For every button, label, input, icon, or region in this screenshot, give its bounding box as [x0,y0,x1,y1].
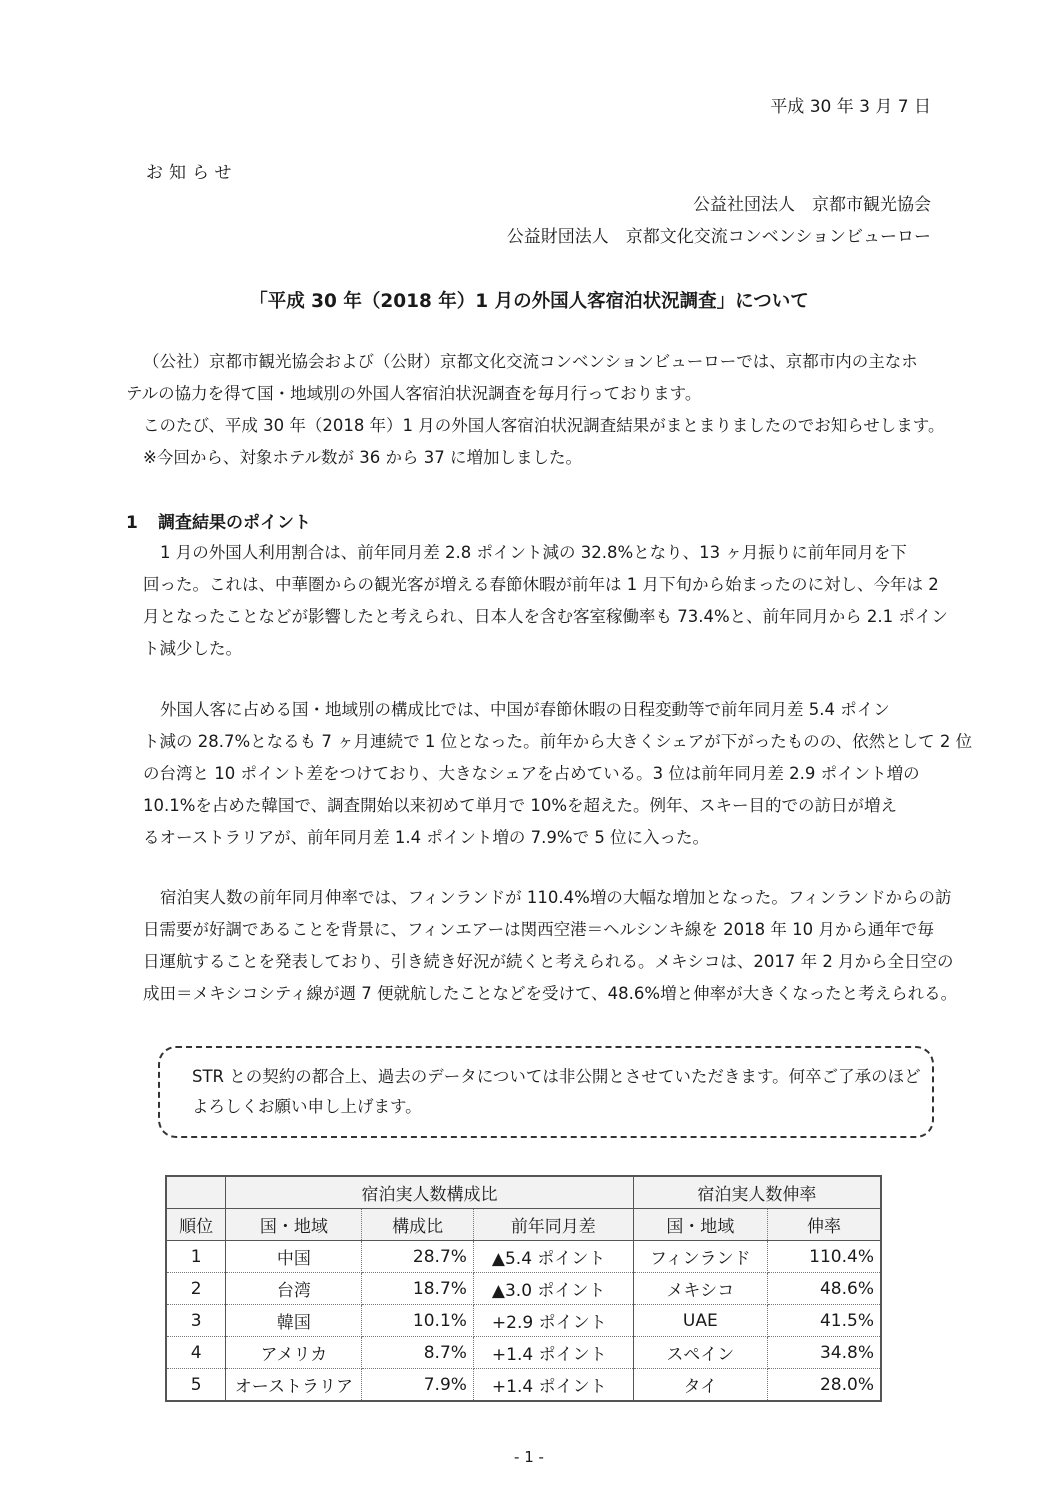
section-title: 調査結果のポイント [158,513,311,533]
country-cell: 中国 [226,1241,362,1273]
paragraph-line: 成田＝メキシコシティ線が週 7 便就航したことなどを受けて、48.6%増と伸率が… [126,978,941,1010]
rank-cell: 3 [166,1305,226,1337]
rank-cell: 2 [166,1273,226,1305]
data-disclosure-notice-box: STR との契約の都合上、過去のデータについては非公開とさせていただきます。何卒… [158,1046,934,1138]
diff-cell: +2.9 ポイント [473,1305,633,1337]
column-header-growth-rate: 伸率 [767,1209,881,1241]
notice-label: お知らせ [146,158,238,183]
share-cell: 18.7% [362,1273,474,1305]
share-cell: 8.7% [362,1337,474,1369]
growth-country-cell: スペイン [633,1337,767,1369]
group-header-growth: 宿泊実人数伸率 [633,1176,881,1209]
share-cell: 7.9% [362,1369,474,1402]
growth-rate-cell: 28.0% [767,1369,881,1402]
organization-tourism-association: 公益社団法人 京都市観光協会 [693,190,931,215]
country-cell: オーストラリア [226,1369,362,1402]
paragraph-line: 日需要が好調であることを背景に、フィンエアーは関西空港＝ヘルシンキ線を 2018… [126,914,941,946]
share-cell: 10.1% [362,1305,474,1337]
diff-cell: ▲5.4 ポイント [473,1241,633,1273]
growth-country-cell: UAE [633,1305,767,1337]
growth-country-cell: タイ [633,1369,767,1402]
growth-rate-cell: 34.8% [767,1337,881,1369]
column-header-country: 国・地域 [226,1209,362,1241]
column-header-share: 構成比 [362,1209,474,1241]
organization-convention-bureau: 公益財団法人 京都文化交流コンベンションビューロー [507,222,931,247]
rank-cell: 4 [166,1337,226,1369]
growth-rate-cell: 110.4% [767,1241,881,1273]
table-row: 4 アメリカ 8.7% +1.4 ポイント スペイン 34.8% [166,1337,881,1369]
share-cell: 28.7% [362,1241,474,1273]
table-row: 1 中国 28.7% ▲5.4 ポイント フィンランド 110.4% [166,1241,881,1273]
notice-line: STR との契約の都合上、過去のデータについては非公開とさせていただきます。何卒… [192,1062,921,1092]
section-number: 1 [126,513,158,533]
table-row: 3 韓国 10.1% +2.9 ポイント UAE 41.5% [166,1305,881,1337]
group-header-share: 宿泊実人数構成比 [226,1176,633,1209]
table-row: 2 台湾 18.7% ▲3.0 ポイント メキシコ 48.6% [166,1273,881,1305]
diff-cell: ▲3.0 ポイント [473,1273,633,1305]
intro-line: テルの協力を得て国・地域別の外国人客宿泊状況調査を毎月行っております。 [126,378,946,410]
paragraph-line: 回った。これは、中華圏からの観光客が増える春節休暇が前年は 1 月下旬から始まっ… [126,569,941,601]
table-group-header-row: 宿泊実人数構成比 宿泊実人数伸率 [166,1176,881,1209]
paragraph-line: 1 月の外国人利用割合は、前年同月差 2.8 ポイント減の 32.8%となり、1… [126,537,941,569]
column-header-diff: 前年同月差 [473,1209,633,1241]
paragraph-line: ト減の 28.7%となるも 7 ヶ月連続で 1 位となった。前年から大きくシェア… [126,726,941,758]
rank-cell: 5 [166,1369,226,1402]
paragraph-line: 日運航することを発表しており、引き続き好況が続くと考えられる。メキシコは、201… [126,946,941,978]
section-paragraph-occupancy: 1 月の外国人利用割合は、前年同月差 2.8 ポイント減の 32.8%となり、1… [126,537,941,665]
growth-rate-cell: 41.5% [767,1305,881,1337]
table-column-header-row: 順位 国・地域 構成比 前年同月差 国・地域 伸率 [166,1209,881,1241]
intro-paragraph: （公社）京都市観光協会および（公財）京都文化交流コンベンションビューローでは、京… [126,346,946,474]
document-date: 平成 30 年 3 月 7 日 [770,92,931,117]
page-number: - 1 - [0,1448,1058,1466]
ranking-table: 宿泊実人数構成比 宿泊実人数伸率 順位 国・地域 構成比 前年同月差 国・地域 … [165,1175,882,1402]
paragraph-line: 10.1%を占めた韓国で、調査開始以来初めて単月で 10%を超えた。例年、スキー… [126,790,941,822]
paragraph-line: 月となったことなどが影響したと考えられ、日本人を含む客室稼働率も 73.4%と、… [126,601,941,633]
paragraph-line: るオーストラリアが、前年同月差 1.4 ポイント増の 7.9%で 5 位に入った… [126,822,941,854]
paragraph-line: 外国人客に占める国・地域別の構成比では、中国が春節休暇の日程変動等で前年同月差 … [126,694,941,726]
table-row: 5 オーストラリア 7.9% +1.4 ポイント タイ 28.0% [166,1369,881,1402]
intro-line: （公社）京都市観光協会および（公財）京都文化交流コンベンションビューローでは、京… [126,346,946,378]
section-paragraph-growth: 宿泊実人数の前年同月伸率では、フィンランドが 110.4%増の大幅な増加となった… [126,882,941,1010]
intro-note: ※今回から、対象ホテル数が 36 から 37 に増加しました。 [126,442,946,474]
paragraph-line: の台湾と 10 ポイント差をつけており、大きなシェアを占めている。3 位は前年同… [126,758,941,790]
growth-country-cell: メキシコ [633,1273,767,1305]
country-cell: アメリカ [226,1337,362,1369]
country-cell: 台湾 [226,1273,362,1305]
paragraph-line: ト減少した。 [126,633,941,665]
section-paragraph-share: 外国人客に占める国・地域別の構成比では、中国が春節休暇の日程変動等で前年同月差 … [126,694,941,854]
column-header-growth-country: 国・地域 [633,1209,767,1241]
document-title: 「平成 30 年（2018 年）1 月の外国人客宿泊状況調査」について [0,287,1058,313]
intro-line: このたび、平成 30 年（2018 年）1 月の外国人客宿泊状況調査結果がまとま… [126,410,946,442]
paragraph-line: 宿泊実人数の前年同月伸率では、フィンランドが 110.4%増の大幅な増加となった… [126,882,941,914]
table-corner-cell [166,1176,226,1209]
section-heading: 1調査結果のポイント [126,508,311,533]
column-header-rank: 順位 [166,1209,226,1241]
notice-line: よろしくお願い申し上げます。 [192,1092,422,1122]
rank-cell: 1 [166,1241,226,1273]
diff-cell: +1.4 ポイント [473,1369,633,1402]
country-cell: 韓国 [226,1305,362,1337]
growth-country-cell: フィンランド [633,1241,767,1273]
diff-cell: +1.4 ポイント [473,1337,633,1369]
growth-rate-cell: 48.6% [767,1273,881,1305]
